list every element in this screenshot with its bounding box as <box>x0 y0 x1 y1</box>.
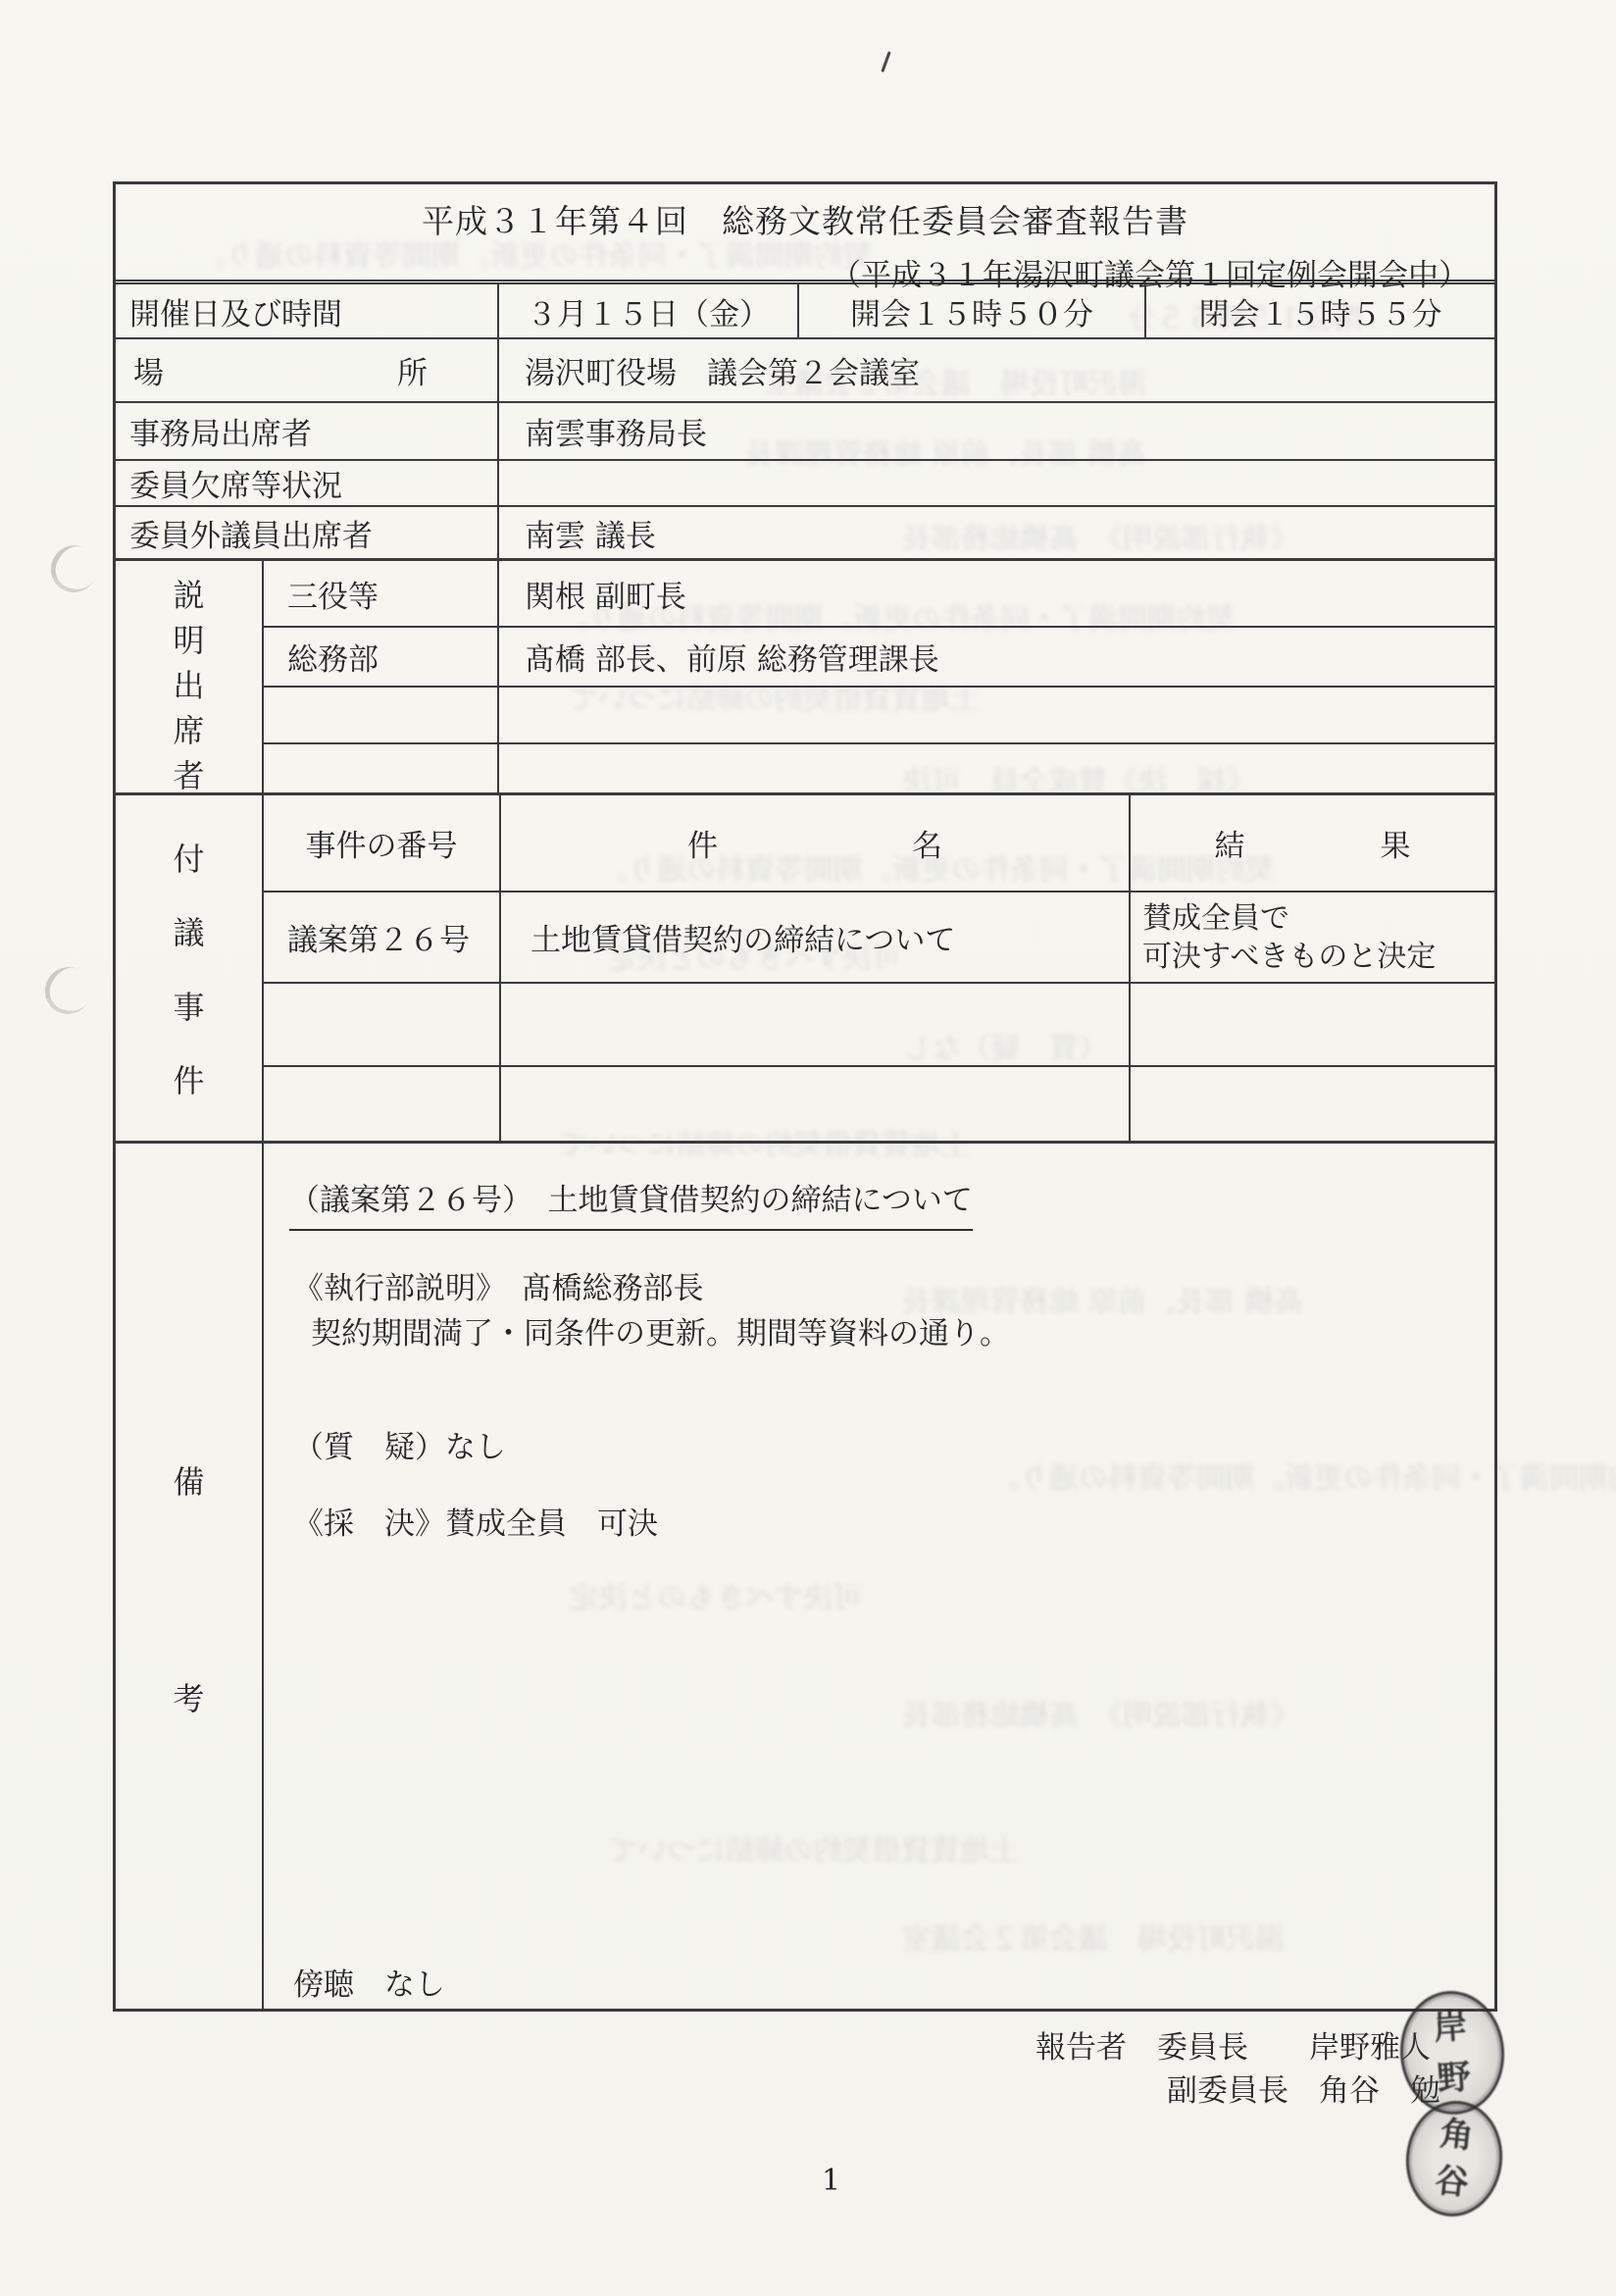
agenda-section: 付 議 事 件 事件の番号 件 名 結 <box>116 792 1494 1141</box>
explainer-value: 関根 副町長 <box>499 561 1494 626</box>
explainer-category: 総務部 <box>264 628 499 686</box>
seal-char: 野 <box>1437 2060 1472 2095</box>
agenda-header-name-char: 名 <box>912 821 942 865</box>
title-block: 平成３１年第４回 総務文教常任委員会審査報告書 （平成３１年湯沢町議会第１回定例… <box>116 184 1494 284</box>
agenda-label-char: 議 <box>173 908 204 953</box>
report-table: 平成３１年第４回 総務文教常任委員会審査報告書 （平成３１年湯沢町議会第１回定例… <box>113 181 1497 2012</box>
absence-row: 委員欠席等状況 <box>116 459 1494 505</box>
agenda-case-result-line: 賛成全員で <box>1142 899 1289 938</box>
seal-char: 角 <box>1439 2117 1475 2153</box>
nonmember-label: 委員外議員出席者 <box>116 507 499 558</box>
remarks-question-line: （質 疑）なし <box>293 1422 506 1466</box>
scanned-report-page: 契約期間満了・同条件の更新。期間等資料の通り。 閉会１５時５５分 湯沢町役場 議… <box>0 0 1616 2296</box>
explainer-value <box>499 688 1494 741</box>
explainers-label-char: 説 <box>173 571 204 616</box>
schedule-label: 開催日及び時間 <box>116 284 499 337</box>
explainers-label-char: 出 <box>173 661 204 706</box>
schedule-date: ３月１５日（金） <box>499 284 799 337</box>
agenda-header-name-char: 件 <box>687 821 718 865</box>
agenda-header-result-spread: 結 果 <box>1215 821 1411 865</box>
schedule-close-time: 閉会１５時５５分 <box>1146 284 1494 337</box>
absence-label: 委員欠席等状況 <box>116 461 499 505</box>
venue-label-spread: 場 所 <box>133 348 428 392</box>
agenda-case-name <box>501 1067 1131 1141</box>
explainer-category <box>264 688 499 741</box>
agenda-header-row: 事件の番号 件 名 結 果 <box>264 795 1494 891</box>
venue-row: 場 所 湯沢町役場 議会第２会議室 <box>116 337 1494 401</box>
agenda-row <box>264 982 1494 1064</box>
explainers-label-char: 席 <box>173 706 204 751</box>
venue-label-char: 所 <box>397 348 428 392</box>
explainer-category: 三役等 <box>264 561 499 626</box>
explainers-label-char: 者 <box>173 751 204 792</box>
remarks-observation-line: 傍聴 なし <box>293 1960 445 2004</box>
reporter-vicechair-line: 副委員長 角谷 勉 <box>1167 2066 1440 2110</box>
agenda-header-result-char: 果 <box>1381 821 1411 865</box>
nonmember-value: 南雲 議長 <box>499 507 1494 558</box>
venue-label-char: 場 <box>133 348 164 392</box>
explainers-vertical-label: 説 明 出 席 者 <box>116 561 264 792</box>
vicechair-name-seal: 角 谷 <box>1400 2096 1508 2221</box>
explainer-row: 総務部 髙橋 部長、前原 総務管理課長 <box>264 626 1494 686</box>
explainer-value: 髙橋 部長、前原 総務管理課長 <box>499 628 1494 686</box>
agenda-row <box>264 1065 1494 1141</box>
agenda-header-result: 結 果 <box>1131 795 1494 891</box>
agenda-case-number: 議案第２６号 <box>264 893 501 982</box>
agenda-case-result-line: 可決すべきものと決定 <box>1142 938 1436 976</box>
punch-hole-shadow <box>37 959 99 1021</box>
scan-artifact-mark <box>881 51 890 73</box>
agenda-case-result: 賛成全員で 可決すべきものと決定 <box>1131 893 1494 982</box>
agenda-header-result-char: 結 <box>1215 821 1245 865</box>
explainer-row <box>264 686 1494 741</box>
agenda-case-number <box>264 1067 501 1141</box>
secretariat-label: 事務局出席者 <box>116 403 499 459</box>
remarks-detail-line: 契約期間満了・同条件の更新。期間等資料の通り。 <box>311 1308 1010 1352</box>
remarks-vote-line: 《採 決》賛成全員 可決 <box>293 1499 658 1543</box>
agenda-label-char: 事 <box>173 983 204 1028</box>
agenda-row: 議案第２６号 土地賃貸借契約の締結について 賛成全員で 可決すべきものと決定 <box>264 891 1494 982</box>
remarks-heading: （議案第２６号） 土地賃貸借契約の締結について <box>289 1175 973 1231</box>
remarks-executive-line: 《執行部説明》 髙橋総務部長 <box>293 1263 704 1307</box>
agenda-header-name-spread: 件 名 <box>687 821 942 865</box>
agenda-header-name: 件 名 <box>501 795 1131 891</box>
schedule-open-time: 開会１５時５０分 <box>799 284 1146 337</box>
absence-value <box>499 461 1494 505</box>
secretariat-value: 南雲事務局長 <box>499 403 1494 459</box>
explainer-category <box>264 744 499 792</box>
explainer-row: 三役等 関根 副町長 <box>264 561 1494 626</box>
nonmember-row: 委員外議員出席者 南雲 議長 <box>116 505 1494 558</box>
remarks-section: 備 考 （議案第２６号） 土地賃貸借契約の締結について 《執行部説明》 髙橋総務… <box>116 1141 1494 2009</box>
punch-hole-shadow <box>43 537 105 599</box>
schedule-row: 開催日及び時間 ３月１５日（金） 開会１５時５０分 閉会１５時５５分 <box>116 284 1494 337</box>
venue-label: 場 所 <box>116 339 499 401</box>
agenda-case-name <box>501 984 1131 1064</box>
agenda-case-number <box>264 984 501 1064</box>
explainer-row <box>264 742 1494 792</box>
seal-char: 岸 <box>1433 2010 1468 2045</box>
explainers-rows: 三役等 関根 副町長 総務部 髙橋 部長、前原 総務管理課長 <box>264 561 1494 792</box>
secretariat-row: 事務局出席者 南雲事務局長 <box>116 401 1494 459</box>
explainers-label-char: 明 <box>173 616 204 661</box>
remarks-vertical-label: 備 考 <box>116 1144 264 2009</box>
agenda-label-char: 件 <box>173 1056 204 1101</box>
seal-char: 谷 <box>1434 2164 1470 2200</box>
reporter-chair-line: 報告者 委員長 岸野雅人 <box>1035 2022 1431 2066</box>
explainer-value <box>499 744 1494 792</box>
explainers-section: 説 明 出 席 者 三役等 関根 副町長 総務部 髙橋 部長、前原 総務管理課長 <box>116 558 1494 792</box>
agenda-label-char: 付 <box>173 835 204 880</box>
agenda-case-result <box>1131 984 1494 1064</box>
agenda-case-name: 土地賃貸借契約の締結について <box>501 893 1131 982</box>
agenda-header-number: 事件の番号 <box>264 795 501 891</box>
venue-value: 湯沢町役場 議会第２会議室 <box>499 339 1494 401</box>
remarks-label-char: 備 <box>173 1457 204 1503</box>
report-title: 平成３１年第４回 総務文教常任委員会審査報告書 <box>116 196 1494 242</box>
agenda-vertical-label: 付 議 事 件 <box>116 795 264 1141</box>
agenda-rows: 事件の番号 件 名 結 果 議案第２６号 <box>264 795 1494 1141</box>
remarks-content: （議案第２６号） 土地賃貸借契約の締結について 《執行部説明》 髙橋総務部長 契… <box>264 1144 1494 2009</box>
agenda-case-result <box>1131 1067 1494 1141</box>
page-number: 1 <box>822 2164 840 2198</box>
remarks-label-char: 考 <box>173 1674 204 1719</box>
